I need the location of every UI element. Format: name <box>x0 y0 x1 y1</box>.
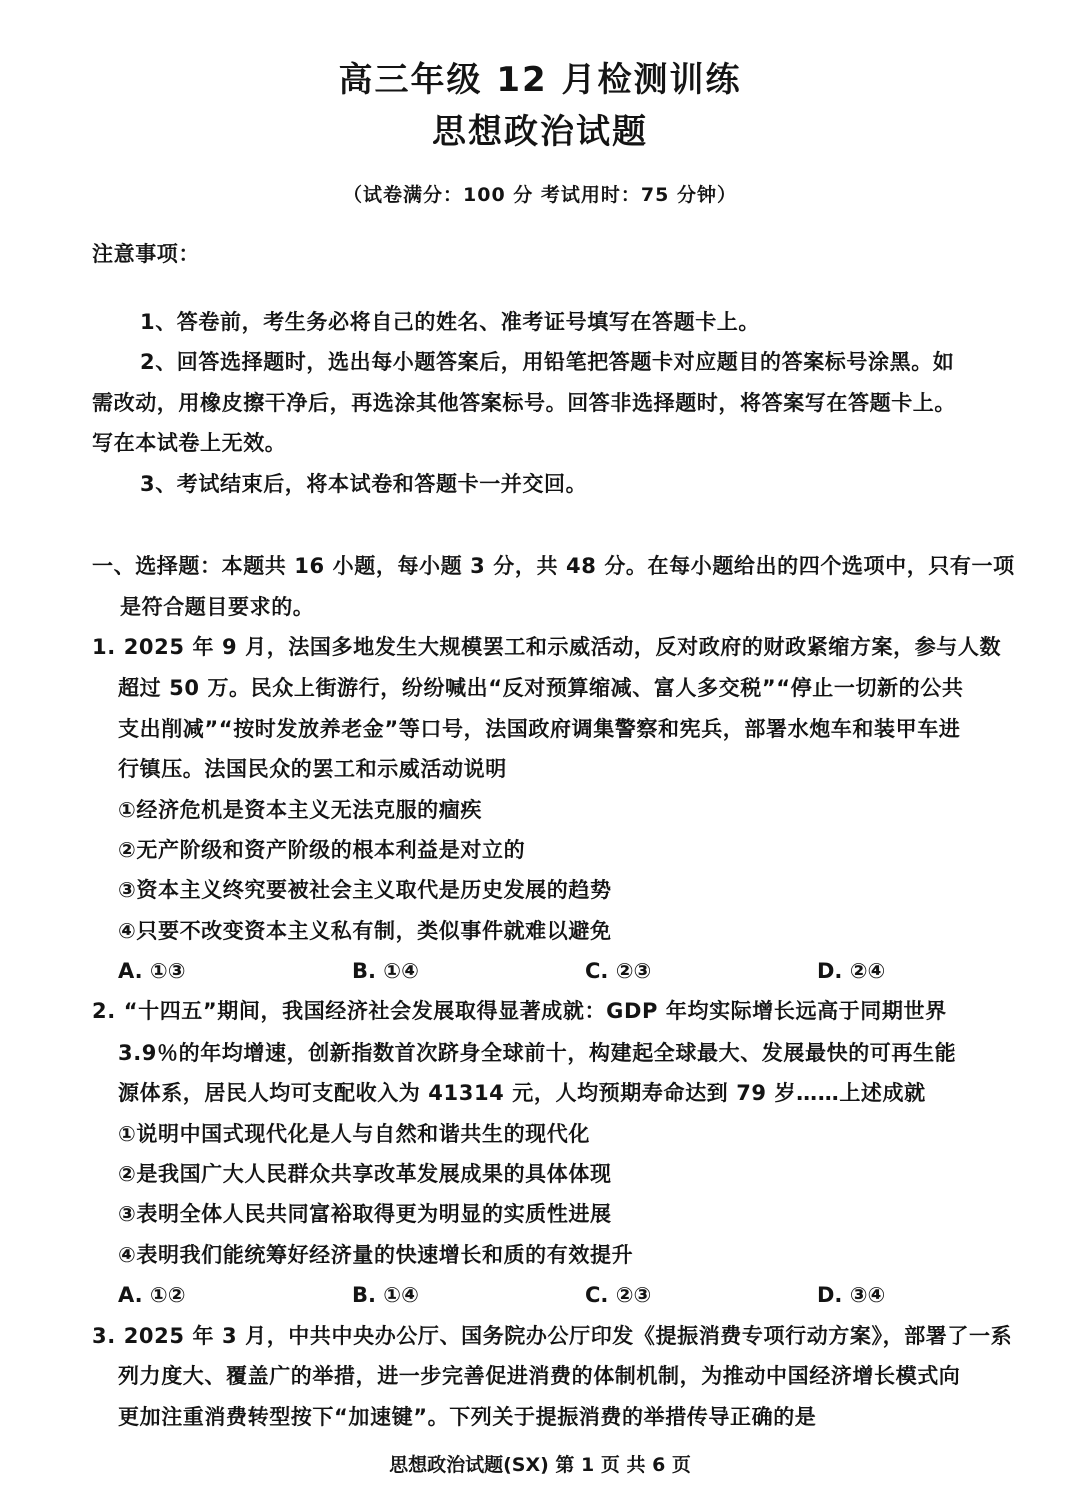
note-item: 写在本试卷上无效。 <box>92 429 286 457</box>
question-1-statement: ④只要不改变资本主义私有制，类似事件就难以避免 <box>118 917 612 945</box>
note-item: 3、考试结束后，将本试卷和答题卡一并交回。 <box>140 470 587 498</box>
exam-page: 高三年级 12 月检测训练 思想政治试题 （试卷满分：100 分 考试用时：75… <box>0 0 1080 1488</box>
question-1-stem: 1. 2025 年 9 月，法国多地发生大规模罢工和示威活动，反对政府的财政紧缩… <box>92 633 1001 661</box>
question-2-statement: ①说明中国式现代化是人与自然和谐共生的现代化 <box>118 1120 590 1148</box>
question-1-stem: 支出削减”“按时发放养老金”等口号，法国政府调集警察和宪兵，部署水炮车和装甲车进 <box>118 715 960 743</box>
question-1-statement: ③资本主义终究要被社会主义取代是历史发展的趋势 <box>118 876 612 904</box>
question-2-stem: 2. “十四五”期间，我国经济社会发展取得显著成就：GDP 年均实际增长远高于同… <box>92 997 947 1025</box>
exam-subject-title: 思想政治试题 <box>0 104 1080 153</box>
question-2-statement: ④表明我们能统筹好经济量的快速增长和质的有效提升 <box>118 1241 633 1269</box>
notes-heading: 注意事项： <box>92 240 200 268</box>
note-item: 1、答卷前，考生务必将自己的姓名、准考证号填写在答题卡上。 <box>140 308 760 336</box>
option-c: C. ②③ <box>585 957 651 985</box>
question-2-statement: ③表明全体人民共同富裕取得更为明显的实质性进展 <box>118 1200 612 1228</box>
question-1-stem: 行镇压。法国民众的罢工和示威活动说明 <box>118 755 507 783</box>
section-heading-cont: 是符合题目要求的。 <box>120 593 314 621</box>
question-2-stem: 源体系，居民人均可支配收入为 41314 元，人均预期寿命达到 79 岁……上述… <box>118 1079 926 1107</box>
option-b: B. ①④ <box>352 1281 419 1309</box>
question-3-stem: 列力度大、覆盖广的举措，进一步完善促进消费的体制机制，为推动中国经济增长模式向 <box>118 1362 960 1390</box>
note-item: 需改动，用橡皮擦干净后，再选涂其他答案标号。回答非选择题时，将答案写在答题卡上。 <box>92 389 956 417</box>
question-2-stem: 3.9％的年均增速，创新指数首次跻身全球前十，构建起全球最大、发展最快的可再生能 <box>118 1039 956 1067</box>
section-heading: 一、选择题：本题共 16 小题，每小题 3 分，共 48 分。在每小题给出的四个… <box>92 552 1015 580</box>
question-1-stem: 超过 50 万。民众上街游行，纷纷喊出“反对预算缩减、富人多交税”“停止一切新的… <box>118 674 963 702</box>
exam-info: （试卷满分：100 分 考试用时：75 分钟） <box>0 180 1080 207</box>
question-1-statement: ①经济危机是资本主义无法克服的痼疾 <box>118 796 482 824</box>
option-b: B. ①④ <box>352 957 419 985</box>
question-2-statement: ②是我国广大人民群众共享改革发展成果的具体体现 <box>118 1160 612 1188</box>
option-c: C. ②③ <box>585 1281 651 1309</box>
exam-title: 高三年级 12 月检测训练 <box>0 52 1080 101</box>
note-item: 2、回答选择题时，选出每小题答案后，用铅笔把答题卡对应题目的答案标号涂黑。如 <box>140 348 954 376</box>
question-3-stem: 3. 2025 年 3 月，中共中央办公厅、国务院办公厅印发《提振消费专项行动方… <box>92 1322 1012 1350</box>
option-d: D. ②④ <box>817 957 885 985</box>
option-d: D. ③④ <box>817 1281 885 1309</box>
option-a: A. ①③ <box>118 957 186 985</box>
page-footer: 思想政治试题(SX) 第 1 页 共 6 页 <box>0 1450 1080 1477</box>
question-1-statement: ②无产阶级和资产阶级的根本利益是对立的 <box>118 836 525 864</box>
option-a: A. ①② <box>118 1281 186 1309</box>
question-3-stem: 更加注重消费转型按下“加速键”。下列关于提振消费的举措传导正确的是 <box>118 1403 816 1431</box>
